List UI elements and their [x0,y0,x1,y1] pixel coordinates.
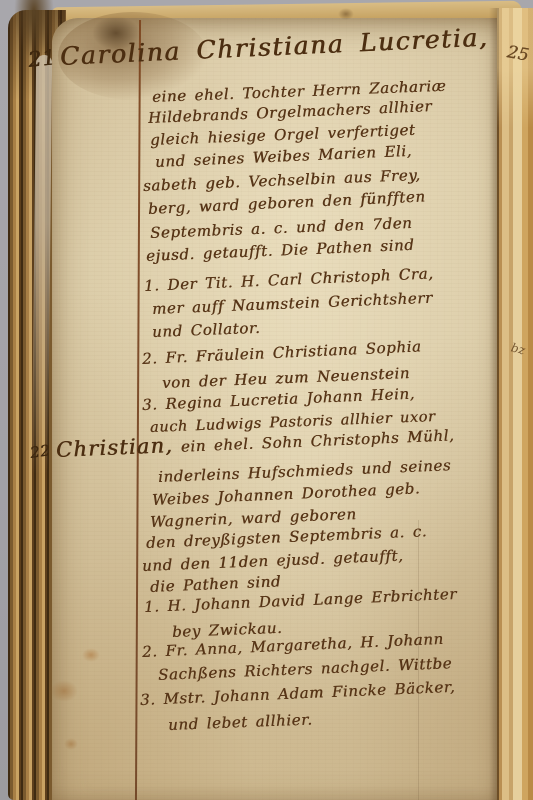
entry-21-margin-number: 21 [27,45,57,72]
next-page-fore-edge [497,8,533,800]
manuscript-photo: 21 Carolina Christiana Lucretia, eine eh… [0,0,533,800]
folio-number-partial: 25 [505,42,530,65]
entry-22-margin-number: 22 [29,441,52,462]
entry-22-child-name: Christian, [55,433,173,462]
